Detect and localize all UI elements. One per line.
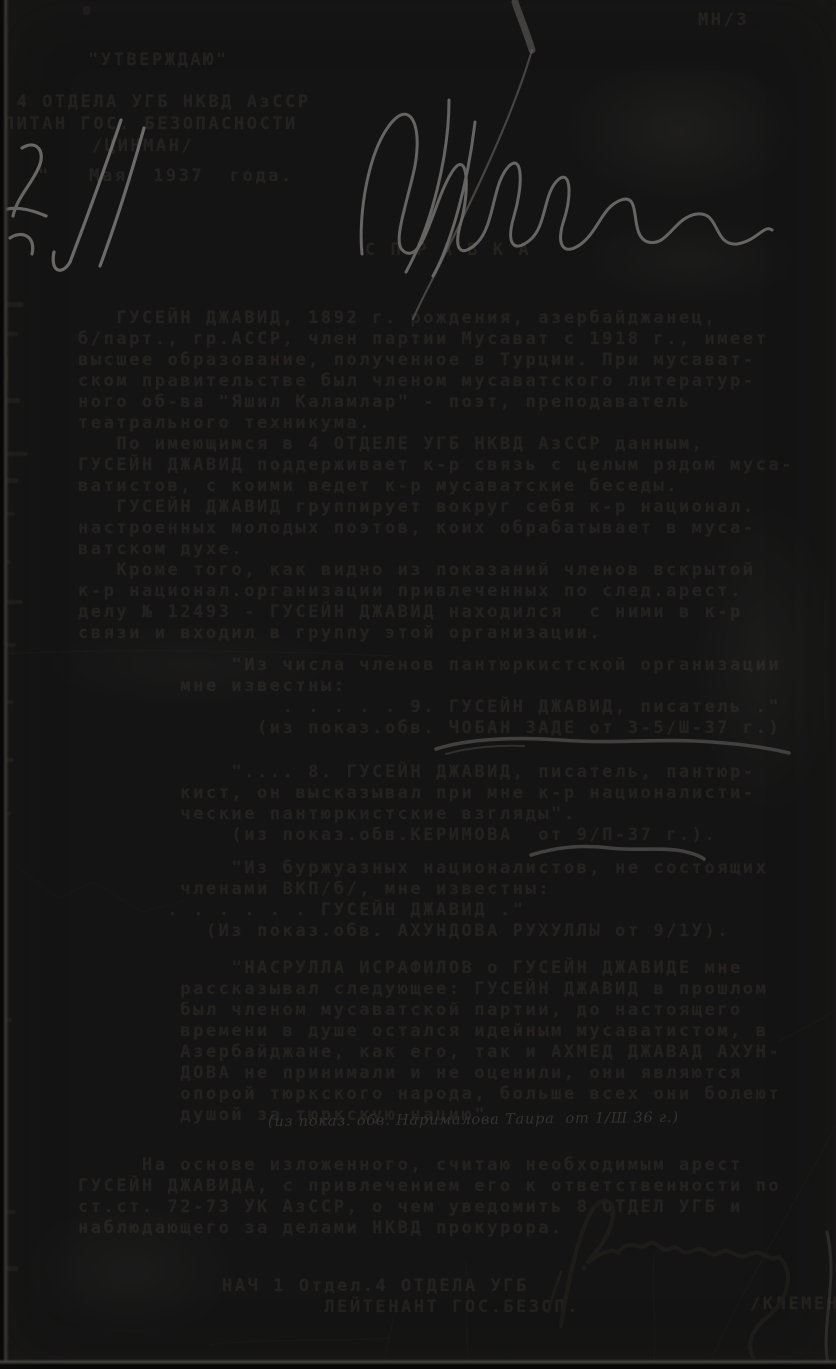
title-pencil-strike — [413, 2, 532, 319]
paper-stain — [580, 215, 800, 305]
quote-israfilov: "НАСРУЛЛА ИСРАФИЛОВ о ГУСЕЙН ДЖАВИДЕ мне… — [78, 958, 781, 1126]
conclusion-text: На основе изложенного, считаю необходимы… — [78, 1155, 781, 1239]
margin-smudge — [83, 6, 90, 15]
doc-code: МН/3 — [698, 10, 749, 31]
signoff-block: НАЧ 1 Отдел.4 ОТДЕЛА УГБ ЛЕЙТЕНАНТ ГОС.Б… — [222, 1276, 580, 1318]
date-line: " Мая 1937 года. — [38, 166, 294, 187]
pencil-underline-choban-zade — [436, 739, 789, 754]
paper-stain — [560, 55, 800, 205]
approver-rank: АПИТАН ГОС. БЕЗОПАСНОСТИ — [0, 114, 298, 135]
quote-kerimov: ".... 8. ГУСЕЙН ДЖАВИД, писатель, пантюр… — [78, 762, 756, 846]
body-text: ГУСЕЙН ДЖАВИД, 1892 г. рождения, азербай… — [78, 308, 794, 644]
approver-name: /ЦИНМАН/ — [92, 136, 194, 157]
quote-choban-zade: "Из числа членов пантюркистской организа… — [78, 655, 781, 739]
approve-stamp: "УТВЕРЖДАЮ" — [88, 50, 229, 71]
page-bottom-edge — [0, 1359, 836, 1369]
approver-org: Ч 4 ОТДЕЛА УГБ НКВД АзССР — [0, 92, 311, 113]
page-left-edge — [0, 0, 9, 1369]
doc-title: С П Р А В К А — [365, 240, 531, 261]
page-right-edge — [830, 0, 836, 1369]
document-page: МН/3 "УТВЕРЖДАЮ" Ч 4 ОТДЕЛА УГБ НКВД АзС… — [0, 0, 836, 1369]
signer-name: /КЛЕМЕНЧИЧ/ — [750, 1294, 836, 1315]
handwritten-note: (из показ. обв. Нарималова Таира от 1/Ш … — [268, 1110, 679, 1130]
quote-akhundov: "Из буржуазных националистов, не состоящ… — [78, 858, 768, 942]
